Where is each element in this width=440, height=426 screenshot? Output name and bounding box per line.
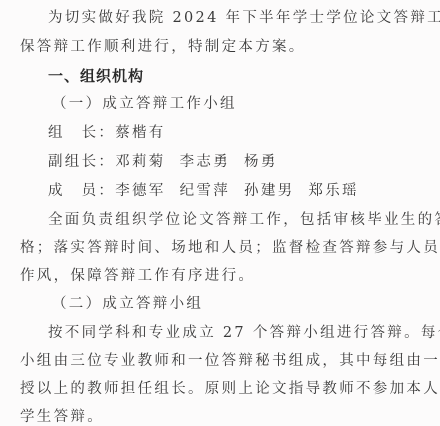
duty-line-3: 作风，保障答辩工作有序进行。 [20, 266, 255, 286]
deputy-name: 邓莉菊 [115, 154, 165, 170]
member-name: 李德军 [115, 183, 165, 199]
deputy-name: 李志勇 [180, 154, 230, 170]
subsection-1-heading: （一）成立答辩工作小组 [52, 94, 237, 114]
leader-line: 组 长：蔡楷有 [48, 123, 166, 143]
subsection-2-heading: （二）成立答辩小组 [52, 294, 203, 314]
member-name: 孙建男 [244, 183, 294, 199]
members-line: 成 员：李德军纪雪萍孙建男郑乐瑶 [48, 181, 359, 201]
intro-line-1: 为切实做好我院 2024 年下半年学士学位论文答辩工作，确 [48, 8, 440, 28]
document-page: 为切实做好我院 2024 年下半年学士学位论文答辩工作，确 保答辩工作顺利进行，… [0, 0, 440, 426]
intro-line-2: 保答辩工作顺利进行，特制定本方案。 [20, 37, 306, 57]
duty-line-1: 全面负责组织学位论文答辩工作，包括审核毕业生的答辩资 [48, 210, 440, 230]
deputies-label: 副组长： [48, 154, 115, 170]
member-name: 郑乐瑶 [308, 183, 358, 199]
groups-line-1: 按不同学科和专业成立 27 个答辩小组进行答辩。每个答辩 [48, 323, 440, 343]
groups-line-3: 授以上的教师担任组长。原则上论文指导教师不参加本人指导的 [20, 379, 440, 399]
section-1-heading: 一、组织机构 [48, 66, 144, 86]
member-name: 纪雪萍 [180, 183, 230, 199]
deputies-line: 副组长：邓莉菊李志勇杨勇 [48, 152, 278, 172]
duty-line-2: 格；落实答辩时间、场地和人员；监督检查答辩参与人员的工作 [20, 238, 440, 258]
groups-line-2: 小组由三位专业教师和一位答辩秘书组成，其中每组由一名副教 [20, 351, 440, 371]
groups-line-4: 学生答辩。 [20, 407, 104, 426]
members-label: 成 员： [48, 183, 115, 199]
deputy-name: 杨勇 [244, 154, 278, 170]
